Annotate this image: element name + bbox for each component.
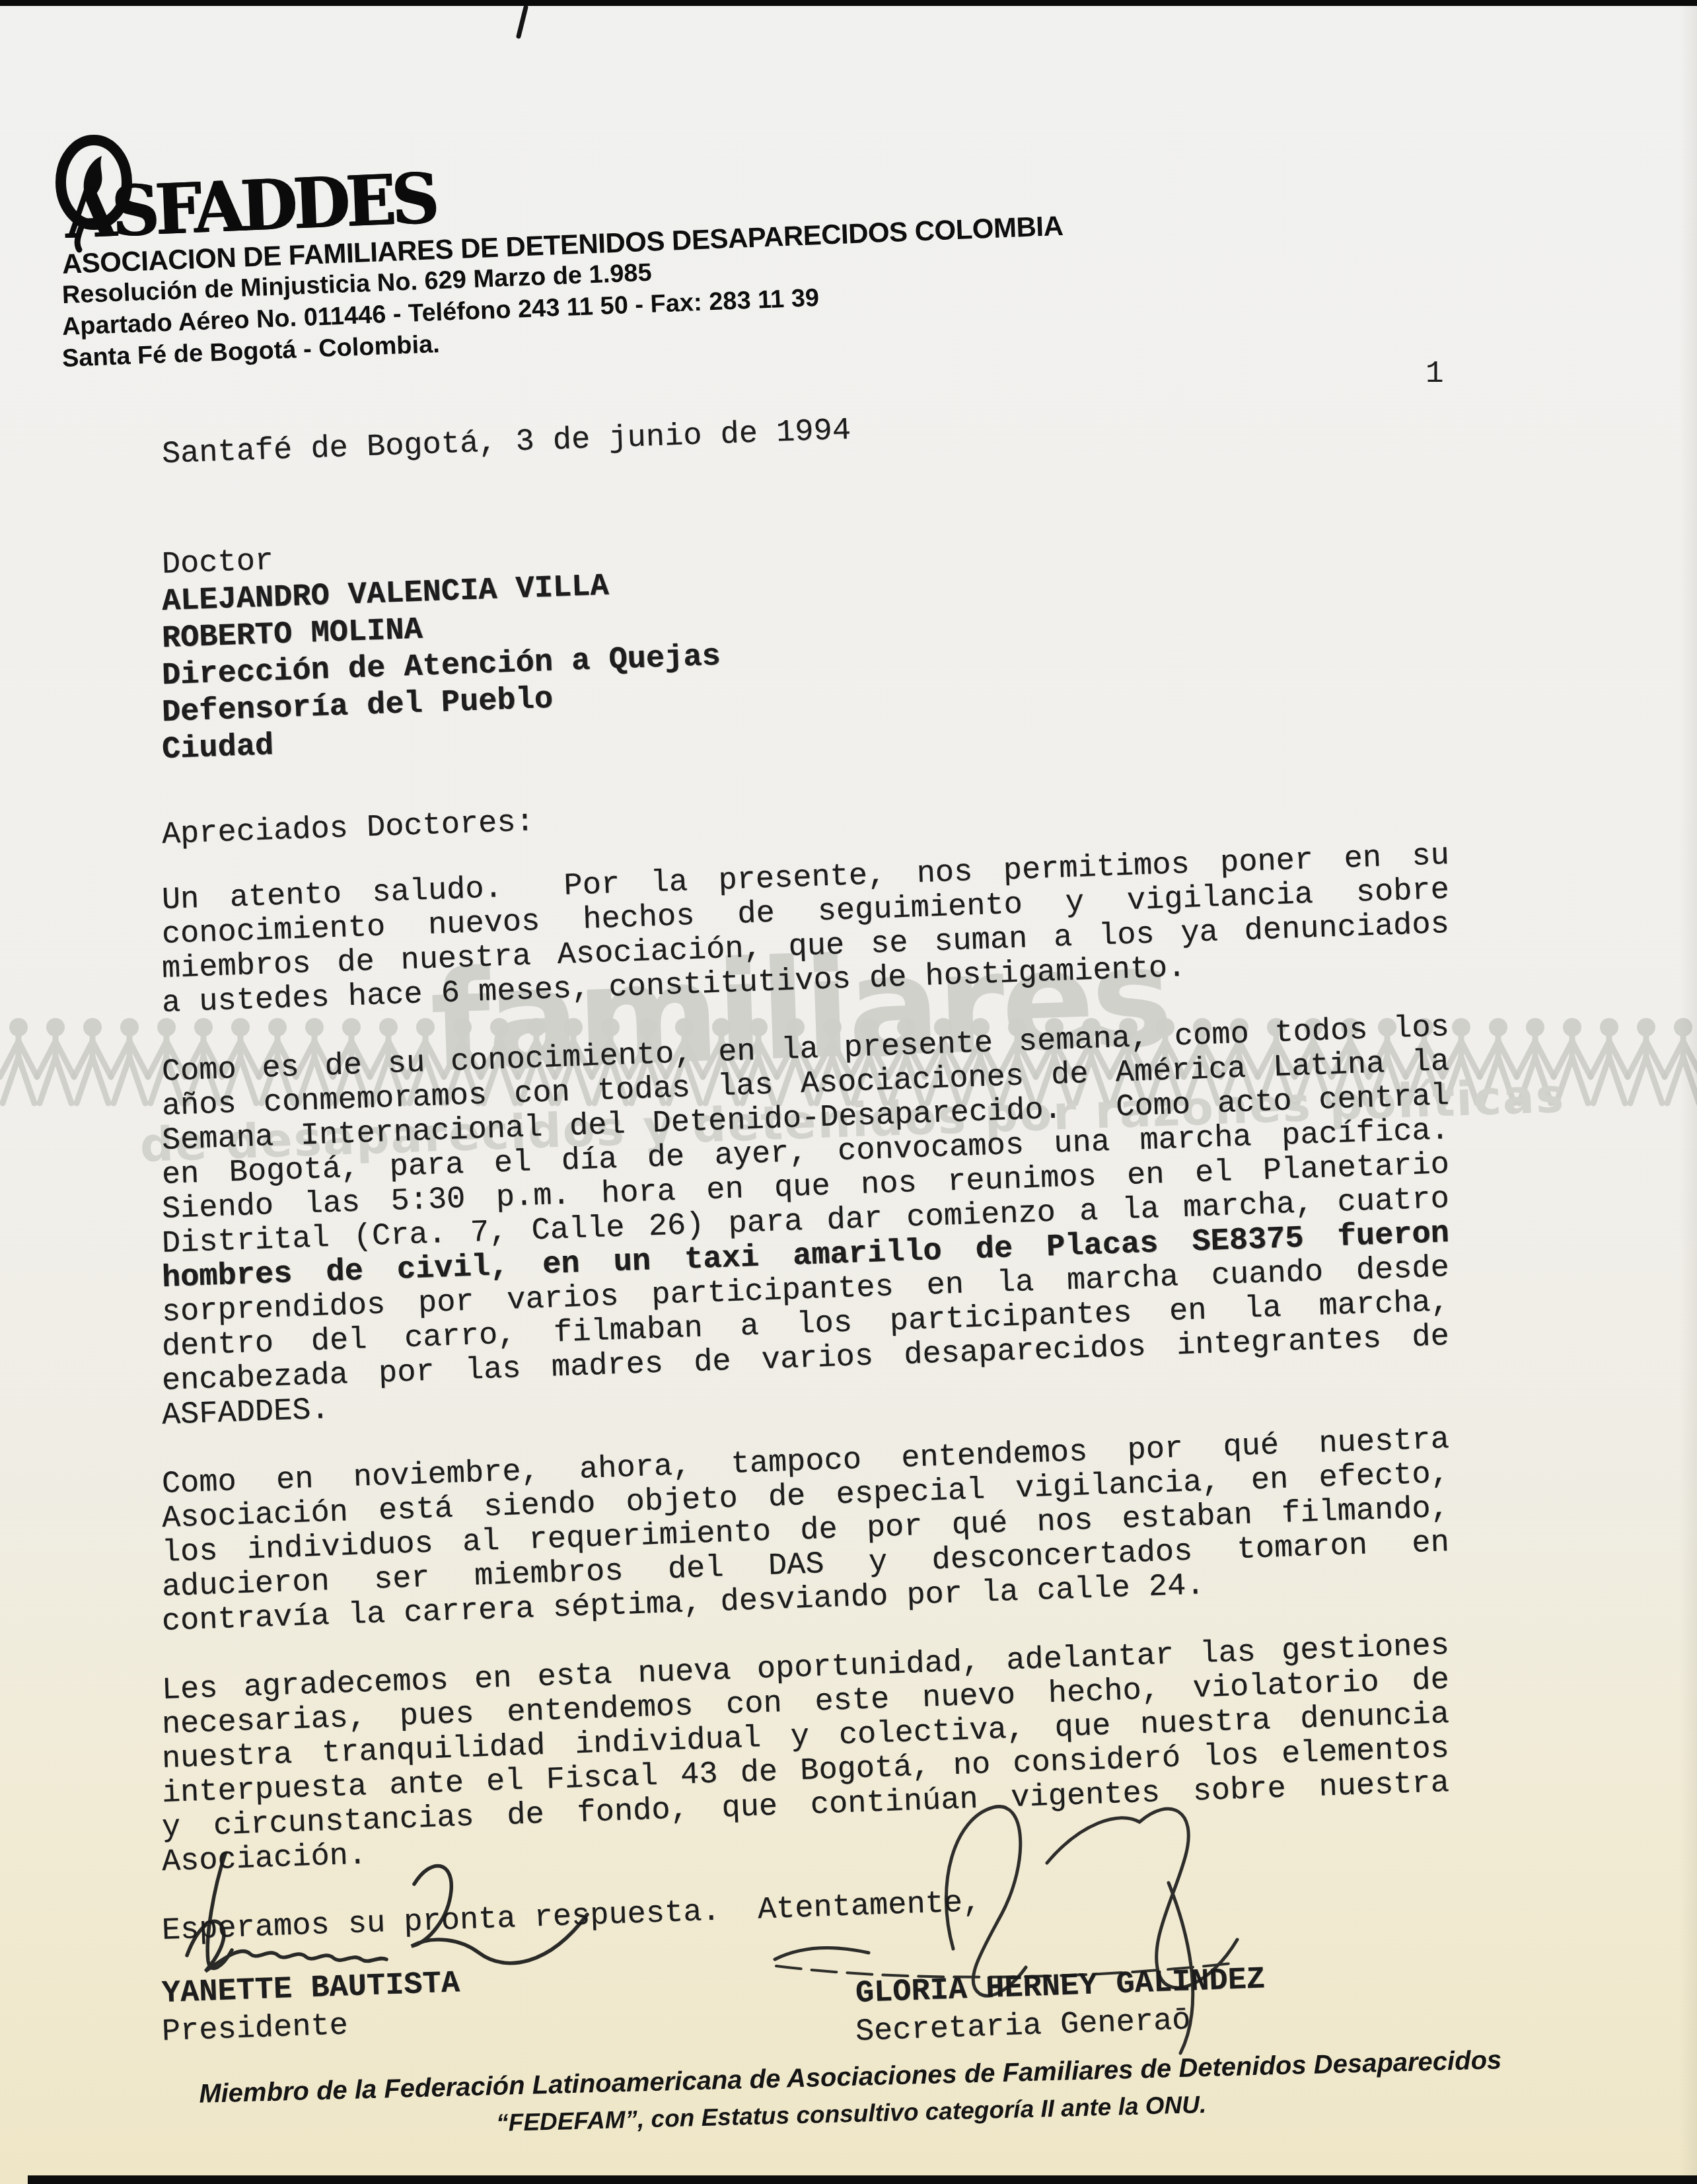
signature-right-icon — [770, 1784, 1351, 2068]
recipient-block: DoctorALEJANDRO VALENCIA VILLAROBERTO MO… — [162, 547, 721, 769]
paragraph: Un atento saludo. Por la presente, nos p… — [162, 884, 1450, 1021]
ink-mark — [516, 5, 528, 39]
scanned-letter-page: familiares de desaparecidos y detenidos … — [0, 0, 1697, 2184]
salutation: Apreciados Doctores: — [161, 805, 535, 853]
paragraphs: Un atento saludo. Por la presente, nos p… — [162, 884, 1450, 1880]
date-line: Santafé de Bogotá, 3 de junio de 1994 — [161, 414, 851, 472]
scan-edge-shade — [1680, 0, 1697, 2184]
paragraph: Como en noviembre, ahora, tampoco entend… — [162, 1468, 1450, 1640]
scan-top-bar — [0, 0, 1697, 6]
page-number: 1 — [1426, 357, 1444, 391]
signature-left-icon — [149, 1850, 611, 2008]
signer-title-left: Presidente — [161, 2008, 349, 2050]
scan-bottom-bar — [28, 2175, 1697, 2184]
paragraph: Como es de su conocimiento, en la presen… — [162, 1056, 1450, 1434]
